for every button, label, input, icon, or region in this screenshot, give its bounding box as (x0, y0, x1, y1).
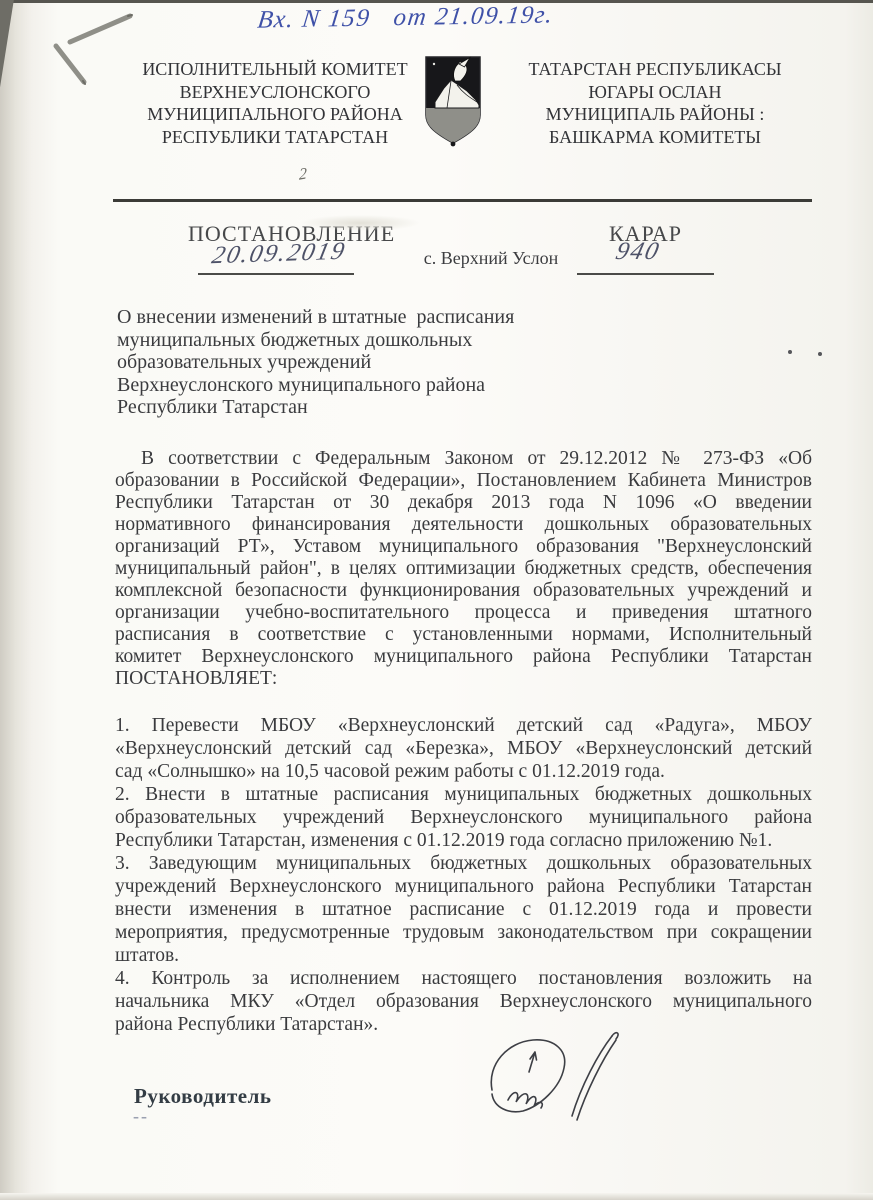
doc-number-handwritten: 940 (574, 238, 703, 266)
text-line: В соответствии с Федеральным Законом от … (115, 448, 812, 470)
org-name-russian: ИСПОЛНИТЕЛЬНЫЙ КОМИТЕТВЕРХНЕУСЛОНСКОГОМУ… (112, 58, 438, 148)
text-line: мероприятия, предусмотренные трудовым за… (115, 921, 812, 944)
text-line: расписания в соответствие с установленны… (115, 624, 812, 646)
scan-speck (818, 352, 822, 356)
text-line: МУНИЦИПАЛЬНОГО РАЙОНА (112, 103, 438, 126)
resolution-item-2: 2. Внести в штатные расписания муниципал… (115, 783, 812, 852)
scan-smudge (300, 215, 420, 231)
ink-smudge: 2 (299, 165, 307, 185)
date-underline (198, 273, 354, 275)
text-line: организаций РТ», Уставом муниципального … (115, 536, 812, 558)
text-line: организации учебно-воспитательного проце… (115, 602, 812, 624)
resolution-item-1: 1. Перевести МБОУ «Верхнеуслонский детск… (115, 714, 812, 783)
text-line: ПОСТАНОВЛЯЕТ: (115, 668, 812, 690)
text-line: ВЕРХНЕУСЛОНСКОГО (112, 81, 438, 104)
divider-line (113, 199, 812, 202)
scan-corner-shadow (0, 0, 15, 96)
text-line: штатов. (115, 944, 812, 967)
doc-date-handwritten: 20.09.2019 (196, 237, 361, 270)
body-text: В соответствии с Федеральным Законом от … (115, 448, 812, 1036)
body-paragraph: В соответствии с Федеральным Законом от … (115, 448, 812, 690)
text-line: образовании в Российской Федерации», Пос… (115, 470, 812, 492)
scan-speck (788, 350, 792, 354)
text-line: образовательных учреждений (117, 351, 637, 374)
text-line: ИСПОЛНИТЕЛЬНЫЙ КОМИТЕТ (112, 58, 438, 81)
text-line: Верхнеуслонского муниципального района (117, 374, 637, 397)
text-line: РЕСПУБЛИКИ ТАТАРСТАН (112, 126, 438, 149)
text-line: ЮГАРЫ ОСЛАН (502, 81, 808, 104)
text-line: муниципальный район", в целях оптимизаци… (115, 558, 812, 580)
doc-place: с. Верхний Услон (420, 248, 562, 269)
text-line: 3. Заведующим муниципальных бюджетных до… (115, 852, 812, 875)
signer-dashes: -- (133, 1106, 149, 1127)
subject-block: О внесении изменений в штатные расписани… (117, 306, 637, 419)
text-line: нормативного финансирования деятельности… (115, 514, 812, 536)
text-line: 4. Контроль за исполнением настоящего по… (115, 967, 812, 990)
resolution-items: 1. Перевести МБОУ «Верхнеуслонский детск… (115, 714, 812, 1036)
resolution-item-4: 4. Контроль за исполнением настоящего по… (115, 967, 812, 1036)
text-line: Республики Татарстан, изменения с 01.12.… (115, 829, 812, 852)
coat-of-arms (423, 55, 483, 147)
document-page: Вх. N 159 от 21.09.19г. ИСПОЛНИТЕЛЬНЫЙ К… (0, 0, 873, 1200)
text-line: МУНИЦИПАЛЬ РАЙОНЫ : (502, 103, 808, 126)
scan-bottom-edge (0, 1193, 873, 1200)
signer-title: Руководитель (134, 1084, 271, 1109)
org-name-tatar: ТАТАРСТАН РЕСПУБЛИКАСЫЮГАРЫ ОСЛАНМУНИЦИП… (502, 58, 808, 148)
text-line: ТАТАРСТАН РЕСПУБЛИКАСЫ (502, 58, 808, 81)
text-line: учреждений Верхнеуслонского муниципально… (115, 875, 812, 898)
text-line: Республики Татарстан (117, 396, 637, 419)
text-line: комплексной безопасности функционировани… (115, 580, 812, 602)
incoming-number-note: Вх. N 159 от 21.09.19г. (256, 1, 555, 34)
signature (478, 1026, 653, 1136)
text-line: БАШКАРМА КОМИТЕТЫ (502, 126, 808, 149)
text-line: «Верхнеуслонский детский сад «Березка», … (115, 737, 812, 760)
number-underline (577, 273, 714, 275)
text-line: внести изменения в штатное расписание с … (115, 898, 812, 921)
text-line: Республики Татарстан от 30 декабря 2013 … (115, 492, 812, 514)
text-line: 2. Внести в штатные расписания муниципал… (115, 783, 812, 806)
text-line: начальника МКУ «Отдел образования Верхне… (115, 990, 812, 1013)
text-line: 1. Перевести МБОУ «Верхнеуслонский детск… (115, 714, 812, 737)
text-line: образовательных учреждений Верхнеуслонск… (115, 806, 812, 829)
text-line: муниципальных бюджетных дошкольных (117, 329, 637, 352)
text-line: О внесении изменений в штатные расписани… (117, 306, 637, 329)
text-line: комитет Верхнеуслонского муниципального … (115, 646, 812, 668)
resolution-item-3: 3. Заведующим муниципальных бюджетных до… (115, 852, 812, 967)
text-line: района Республики Татарстан». (115, 1013, 812, 1036)
text-line: сад «Солнышко» на 10,5 часовой режим раб… (115, 760, 812, 783)
